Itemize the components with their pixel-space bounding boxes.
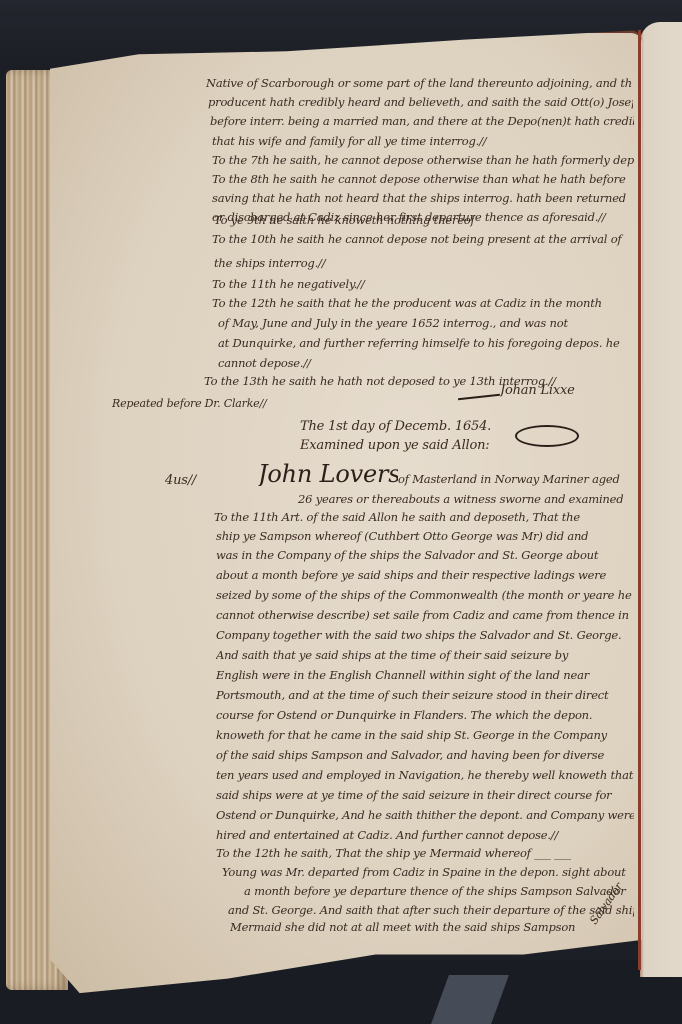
text-line: English were in the English Channell wit… xyxy=(216,670,634,682)
signature: Johan Lixxe xyxy=(500,384,630,397)
text-line: before interr. being a married man, and … xyxy=(210,116,634,128)
page-gutter xyxy=(638,30,641,970)
text-line: To the 11th he negatively.// xyxy=(212,279,412,291)
text-line: ship ye Sampson whereof (Cuthbert Otto G… xyxy=(216,531,634,543)
text-line: producent hath credibly heard and believ… xyxy=(208,97,633,109)
deposition-number: 4us// xyxy=(165,474,215,487)
witness-intro: of Masterland in Norway Mariner aged xyxy=(398,474,634,486)
margin-note: Repeated before Dr. Clarke// xyxy=(112,398,292,409)
text-line: Ostend or Dunquirke, And he saith thithe… xyxy=(216,810,634,822)
text-line: To the 12th he saith, That the ship ye M… xyxy=(216,848,634,860)
date-line: The 1st day of Decemb. 1654. xyxy=(300,420,520,433)
facing-page xyxy=(640,22,682,977)
text-line: ten years used and employed in Navigatio… xyxy=(216,770,634,782)
text-line: of May, June and July in the yeare 1652 … xyxy=(218,318,634,330)
text-line: To the 12th he saith that he the produce… xyxy=(212,298,634,310)
text-line: said ships were at ye time of the said s… xyxy=(216,790,634,802)
text-line: To the 10th he saith he cannot depose no… xyxy=(212,234,634,246)
text-line: seized by some of the ships of the Commo… xyxy=(216,590,634,602)
text-line: that his wife and family for all ye time… xyxy=(212,136,512,148)
text-line: hired and entertained at Cadiz. And furt… xyxy=(216,830,634,842)
text-line: To the 11th Art. of the said Allon he sa… xyxy=(214,512,634,524)
text-line: Mermaid she did not at all meet with the… xyxy=(230,922,600,934)
text-line: and St. George. And saith that after suc… xyxy=(228,905,634,917)
examined-line: Examined upon ye said Allon: xyxy=(300,439,500,452)
text-line: about a month before ye said ships and t… xyxy=(216,570,634,582)
text-line: Portsmouth, and at the time of such thei… xyxy=(216,690,634,702)
text-line: of the said ships Sampson and Salvador, … xyxy=(216,750,634,762)
text-line: a month before ye departure thence of th… xyxy=(244,886,634,898)
text-line: To the 8th he saith he cannot depose oth… xyxy=(212,174,634,186)
text-line: To the 7th he saith, he cannot depose ot… xyxy=(212,155,634,167)
text-line: course for Ostend or Dunquirke in Flande… xyxy=(216,710,634,722)
text-line: saving that he hath not heard that the s… xyxy=(212,193,634,205)
flourish xyxy=(515,425,579,447)
text-line: knoweth for that he came in the said shi… xyxy=(216,730,634,742)
witness-name: John Lovers xyxy=(258,462,398,486)
text-line: cannot otherwise describe) set saile fro… xyxy=(216,610,634,622)
text-line: To ye 9th he saith he knoweth nothing th… xyxy=(214,215,474,227)
text-line: Company together with the said two ships… xyxy=(216,630,634,642)
text-line: at Dunquirke, and further referring hims… xyxy=(218,338,634,350)
text-line: 26 yeares or thereabouts a witness sworn… xyxy=(298,494,634,506)
text-line: Native of Scarborough or some part of th… xyxy=(206,78,631,90)
text-line: And saith that ye said ships at the time… xyxy=(216,650,634,662)
text-line: the ships interrog.// xyxy=(214,258,394,270)
text-line: cannot depose.// xyxy=(218,358,368,370)
text-line: Young was Mr. departed from Cadiz in Spa… xyxy=(222,867,634,879)
text-line: was in the Company of the ships the Salv… xyxy=(216,550,634,562)
